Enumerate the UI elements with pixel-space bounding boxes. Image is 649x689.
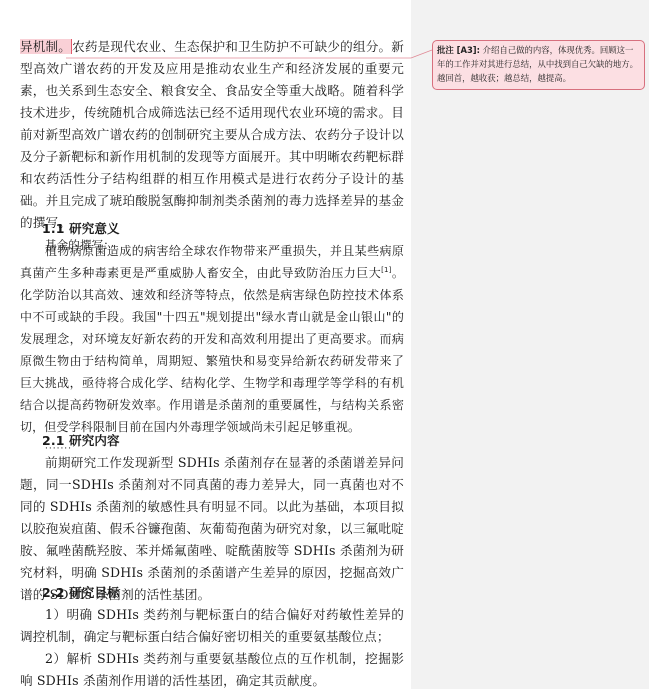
section-2-2: 2.2 研究目标 1）明确 SDHIs 类药剂与靶标蛋白的结合偏好对药敏性差异的… bbox=[20, 582, 404, 689]
section-2-1: 2.1 研究内容 前期研究工作发现新型 SDHIs 杀菌剂存在显著的杀菌谱差异问… bbox=[20, 430, 404, 606]
comment-label: 批注 [A3]: bbox=[437, 45, 480, 55]
citation-superscript: [1] bbox=[381, 266, 391, 274]
section-heading: 1.1 研究意义 bbox=[20, 218, 404, 240]
comment-balloon[interactable]: 批注 [A3]: 介绍自己做的内容，体现优秀。回顾这一年的工作并对其进行总结，从… bbox=[432, 40, 645, 90]
section-heading: 2.2 研究目标 bbox=[20, 582, 404, 604]
comment-anchor-highlight[interactable]: 异机制。 bbox=[20, 39, 72, 54]
goal-item-1: 1）明确 SDHIs 类药剂与靶标蛋白的结合偏好对药敏性差异的调控机制，确定与靶… bbox=[20, 604, 404, 648]
section-heading: 2.1 研究内容 bbox=[20, 430, 404, 452]
section-1-1: 1.1 研究意义 植物病原菌造成的病害给全球农作物带来严重损失，并且某些病原真菌… bbox=[20, 218, 404, 460]
intro-paragraph: 异机制。农药是现代农业、生态保护和卫生防护不可缺少的组分。新型高效广谱农药的开发… bbox=[20, 36, 404, 234]
goal-item-2: 2）解析 SDHIs 类药剂与重要氨基酸位点的互作机制，挖掘影响 SDHIs 杀… bbox=[20, 648, 404, 689]
comment-pane bbox=[411, 0, 649, 689]
section-paragraph: 植物病原菌造成的病害给全球农作物带来严重损失，并且某些病原真菌产生多种毒素更是严… bbox=[20, 240, 404, 438]
